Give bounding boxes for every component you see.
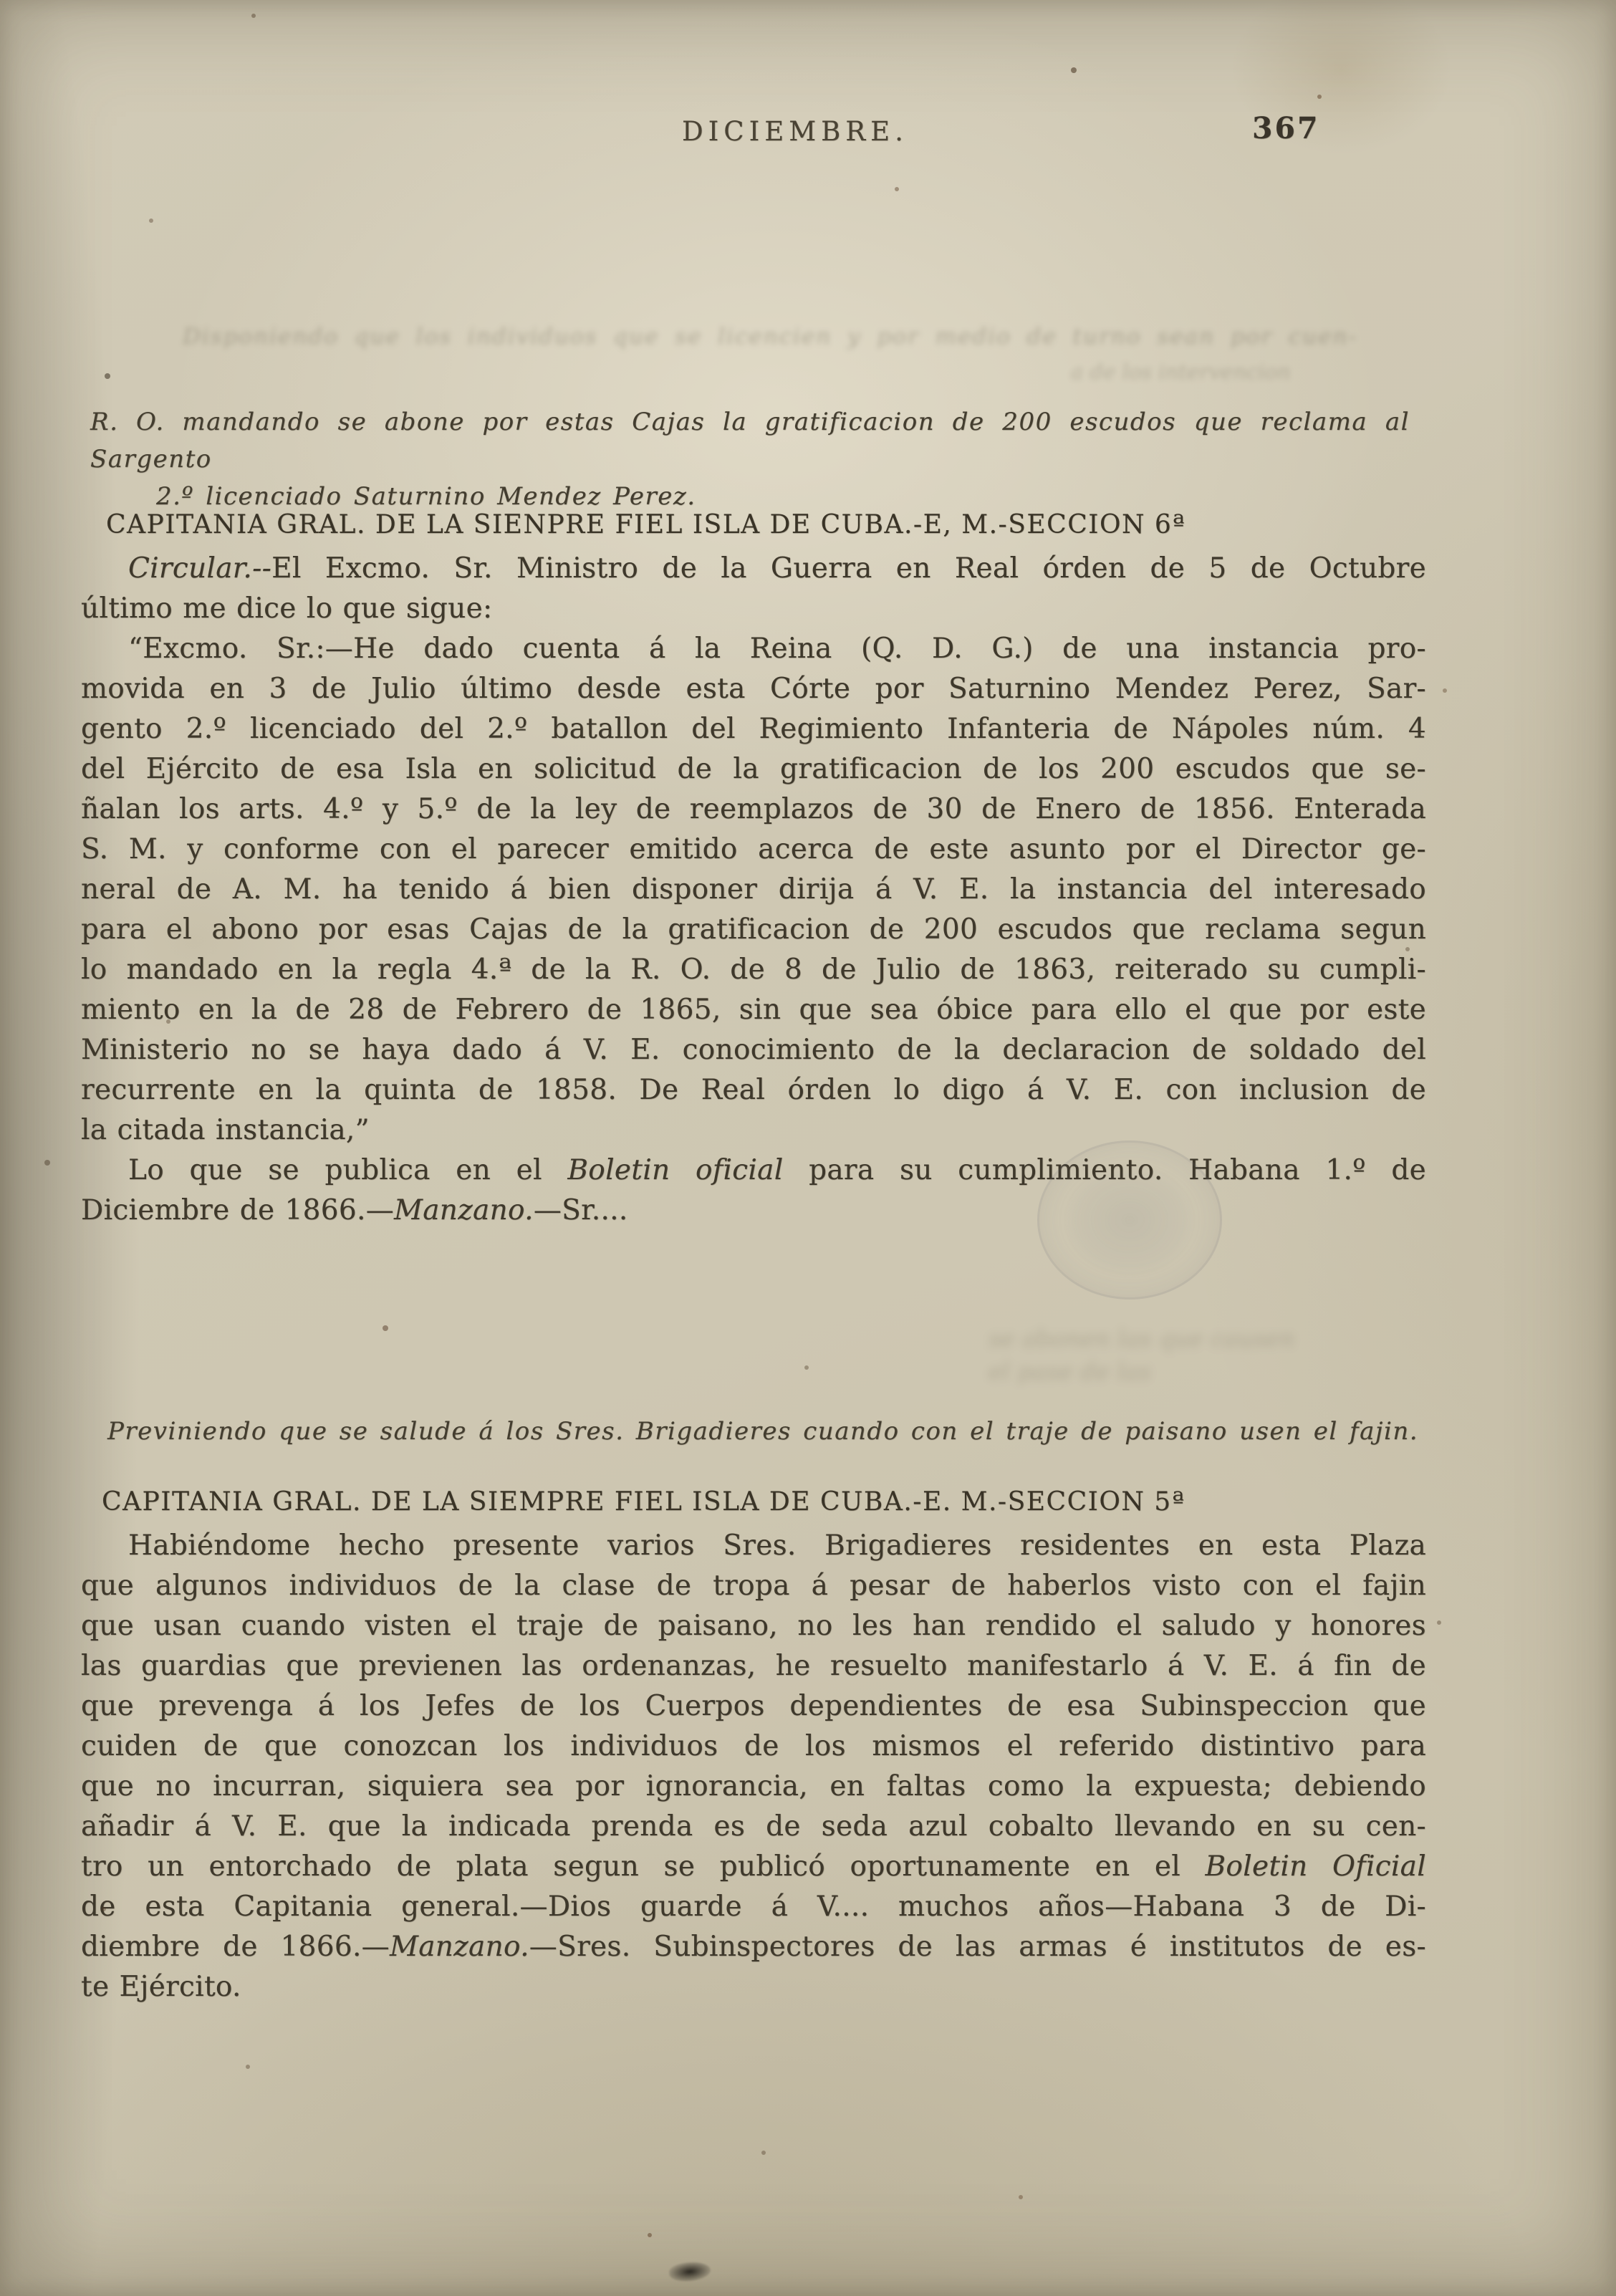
text-line: Previniendo que se salude á los Sres. Br… [107, 1413, 1483, 1450]
section-2-body: Habiéndome hecho presente varios Sres. B… [81, 1526, 1426, 2007]
text-line: Lo que se publica en el Boletin oficial … [81, 1151, 1426, 1191]
text-line: “Excmo. Sr.:—He dado cuenta á la Reina (… [81, 629, 1426, 669]
section-1-heading: CAPITANIA GRAL. DE LA SIENPRE FIEL ISLA … [106, 510, 1185, 539]
section-2-heading: CAPITANIA GRAL. DE LA SIEMPRE FIEL ISLA … [102, 1487, 1185, 1517]
text-line: último me dice lo que sigue: [81, 589, 1426, 629]
text-line: miento en la de 28 de Febrero de 1865, s… [81, 990, 1426, 1030]
text-line: Circular.--El Excmo. Sr. Ministro de la … [81, 549, 1426, 589]
text-line: Diciembre de 1866.—Manzano.—Sr.... [81, 1191, 1426, 1231]
text-line: ñalan los arts. 4.º y 5.º de la ley de r… [81, 789, 1426, 830]
section-2-summary: Previniendo que se salude á los Sres. Br… [107, 1413, 1483, 1450]
text-line: lo mandado en la regla 4.ª de la R. O. d… [81, 950, 1426, 990]
publication-paragraph: Lo que se publica en el Boletin oficial … [81, 1151, 1426, 1231]
text-line: S. M. y conforme con el parecer emitido … [81, 830, 1426, 870]
text-line: para el abono por esas Cajas de la grati… [81, 910, 1426, 950]
bleed-through-text: Disponiendo que los individuos que se li… [183, 324, 1357, 350]
bleed-through-text: se abonen las que causen el pase de las [989, 1322, 1318, 1388]
text-line: que usan cuando visten el traje de paisa… [81, 1606, 1426, 1646]
text-line: recurrente en la quinta de 1858. De Real… [81, 1070, 1426, 1110]
text-line: Habiéndome hecho presente varios Sres. B… [81, 1526, 1426, 1566]
text-line: del Ejército de esa Isla en solicitud de… [81, 749, 1426, 789]
ink-smudge [668, 2260, 711, 2283]
bleed-through-text: a de los intervencion [1071, 360, 1291, 384]
text-line: movida en 3 de Julio último desde esta C… [81, 669, 1426, 709]
circular-paragraph: Circular.--El Excmo. Sr. Ministro de la … [81, 549, 1426, 629]
text-line: las guardias que previenen las ordenanza… [81, 1646, 1426, 1686]
text-line: R. O. mandando se abone por estas Cajas … [90, 403, 1410, 478]
text-line: neral de A. M. ha tenido á bien disponer… [81, 870, 1426, 910]
section-1-summary: R. O. mandando se abone por estas Cajas … [90, 403, 1410, 515]
text-line: te Ejército. [81, 1967, 1426, 2007]
text-line: gento 2.º licenciado del 2.º batallon de… [81, 709, 1426, 749]
text-line: Ministerio no se haya dado á V. E. conoc… [81, 1030, 1426, 1070]
text-line: de esta Capitania general.—Dios guarde á… [81, 1887, 1426, 1927]
paper-specks [0, 0, 3, 3]
text-line: cuiden de que conozcan los individuos de… [81, 1726, 1426, 1767]
scanned-page: DICIEMBRE. 367 Disponiendo que los indiv… [0, 0, 1616, 2296]
faint-round-stamp [1037, 1140, 1222, 1300]
text-line: diembre de 1866.—Manzano.—Sres. Subinspe… [81, 1927, 1426, 1967]
text-line: que algunos individuos de la clase de tr… [81, 1566, 1426, 1606]
royal-order-paragraph: “Excmo. Sr.:—He dado cuenta á la Reina (… [81, 629, 1426, 1151]
section-1-body: Circular.--El Excmo. Sr. Ministro de la … [81, 549, 1426, 1231]
section-2-body-paragraph: Habiéndome hecho presente varios Sres. B… [81, 1526, 1426, 2007]
text-line: tro un entorchado de plata segun se publ… [81, 1847, 1426, 1887]
page-number: 367 [1252, 111, 1320, 145]
running-title: DICIEMBRE. [682, 116, 908, 147]
text-line: que no incurran, siquiera sea por ignora… [81, 1767, 1426, 1807]
text-line: añadir á V. E. que la indicada prenda es… [81, 1807, 1426, 1847]
text-line: la citada instancia,” [81, 1110, 1426, 1151]
text-line: que prevenga á los Jefes de los Cuerpos … [81, 1686, 1426, 1726]
